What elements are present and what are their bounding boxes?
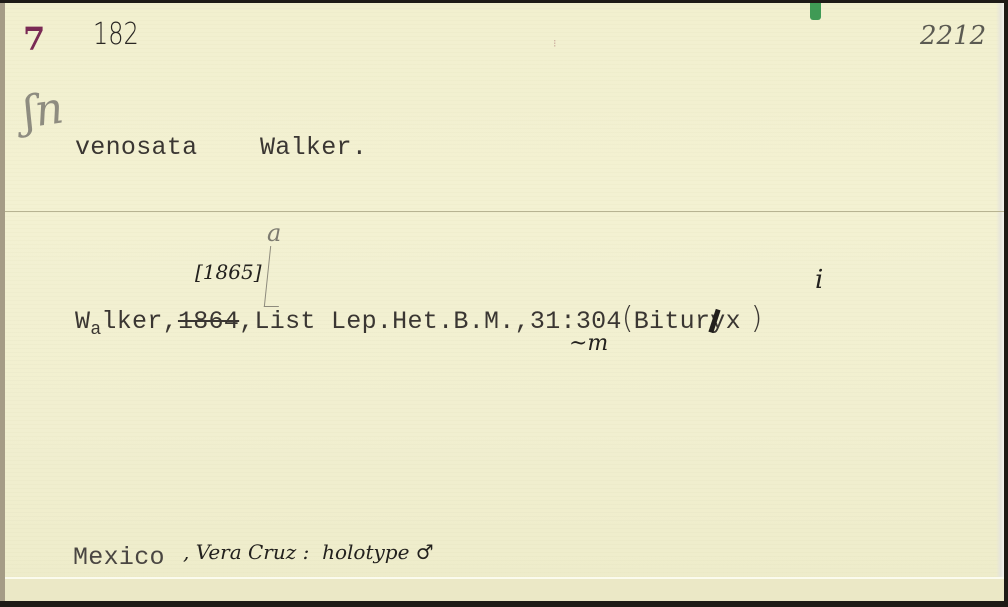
close-paren: ) [741,301,763,336]
citation-volume: 31 [530,307,561,336]
card-edge-shadow [996,3,1004,601]
corrected-year: [1865] [195,260,262,284]
inserted-letter-i: i [815,265,823,295]
volume-underline-mark: ~m [569,331,608,356]
index-card: ⁝ 7 182 2212 ʃn venosata Walker. a [1865… [0,3,1004,601]
green-tab-marker [810,3,821,20]
genus-start: Bitur [634,307,711,336]
stamp-number: 7 [23,20,45,58]
ink-smudge: ⁝ [553,37,561,51]
card-id: 2212 [920,21,986,51]
struck-year: 1864 [178,307,239,336]
margin-mark: ʃn [20,82,67,138]
catalog-number: 182 [93,17,139,52]
citation-line: Walker,1864,List Lep.Het.B.M.,31:304(Bit… [75,301,763,336]
citation-publication: ,List Lep.Het.B.M., [239,307,530,336]
citation-author-sub: a [90,320,101,340]
locality-country: Mexico [73,543,165,572]
citation-author-rest: lker, [101,307,178,336]
card-bottom-band [5,579,1004,601]
open-paren: ( [622,301,634,336]
ruled-line-top [5,211,1004,212]
inserted-letter-a: a [267,219,281,247]
insertion-caret-line [264,246,285,307]
citation-author-prefix: W [75,307,90,336]
species-author: Walker. [260,133,367,162]
locality-detail: , Vera Cruz : holotype ♂ [183,540,434,564]
genus-end: x [726,307,741,336]
genus-struck-letter: y [710,307,725,336]
species-name: venosata [75,133,197,162]
